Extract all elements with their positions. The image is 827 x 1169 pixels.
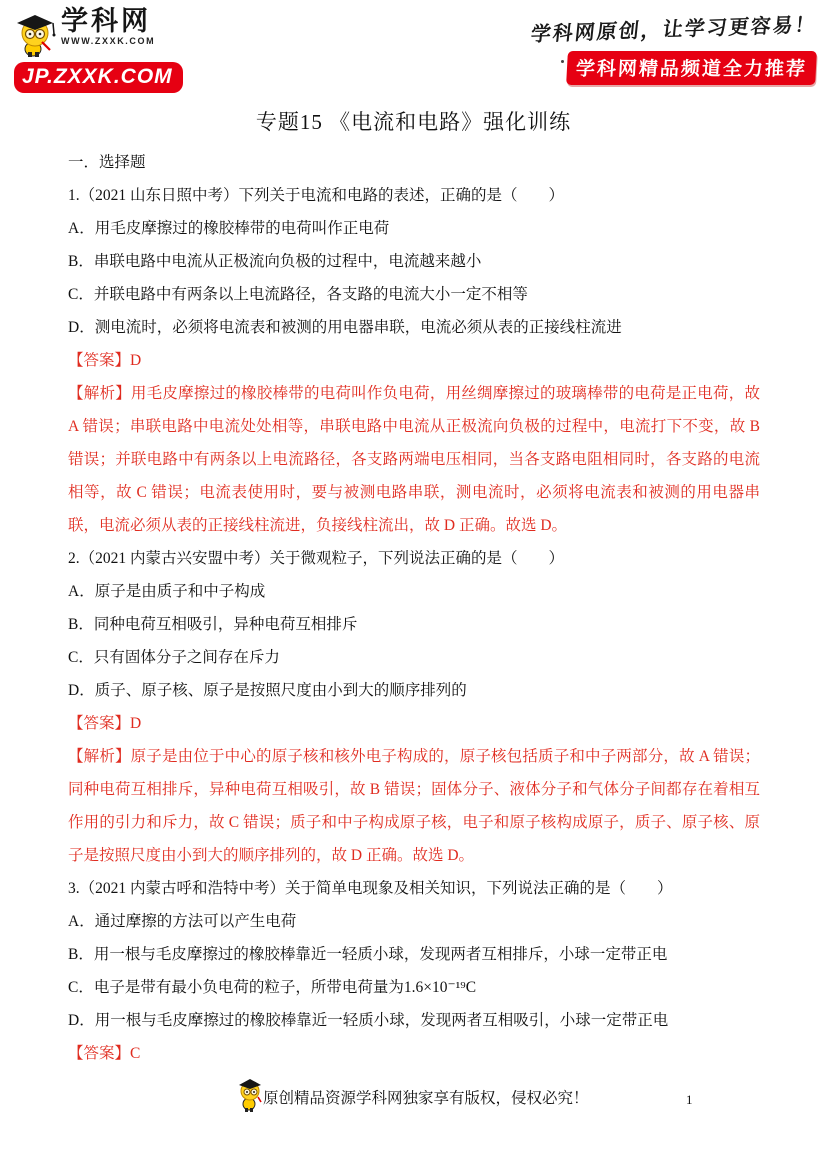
page-number: 1: [686, 1092, 693, 1108]
document-page: 学科网 WWW.ZXXK.COM JP.ZXXK.COM 学科网原创，让学习更容…: [0, 0, 827, 1169]
xkw-mascot-icon: [13, 7, 59, 57]
answer-line: 【答案】D: [68, 344, 760, 377]
footer-mascot-icon: [238, 1075, 262, 1113]
option-c: C．电子是带有最小负电荷的粒子，所带电荷量为1.6×10⁻¹⁹C: [68, 971, 760, 1004]
question-stem: 1.（2021 山东日照中考）下列关于电流和电路的表述，正确的是（ ）: [68, 179, 760, 212]
question-stem: 2.（2021 内蒙古兴安盟中考）关于微观粒子，下列说法正确的是（ ）: [68, 542, 760, 575]
option-a: A．原子是由质子和中子构成: [68, 575, 760, 608]
option-d: D．用一根与毛皮摩擦过的橡胶棒靠近一轻质小球，发现两者互相吸引，小球一定带正电: [68, 1004, 760, 1037]
site-url: WWW.ZXXK.COM: [61, 36, 155, 46]
option-d: D．质子、原子核、原子是按照尺度由小到大的顺序排列的: [68, 674, 760, 707]
page-title: 专题15 《电流和电路》强化训练: [0, 106, 827, 136]
option-a: A．用毛皮摩擦过的橡胶棒带的电荷叫作正电荷: [68, 212, 760, 245]
site-name: 学科网: [61, 7, 155, 35]
question-stem: 3.（2021 内蒙古呼和浩特中考）关于简单电现象及相关知识，下列说法正确的是（…: [68, 872, 760, 905]
document-content: 一．选择题 1.（2021 山东日照中考）下列关于电流和电路的表述，正确的是（ …: [68, 146, 760, 1070]
question-2: 2.（2021 内蒙古兴安盟中考）关于微观粒子，下列说法正确的是（ ） A．原子…: [68, 542, 760, 872]
premium-channel-badge: 学科网精品频道全力推荐: [566, 51, 817, 85]
option-c: C．并联电路中有两条以上电流路径，各支路的电流大小一定不相等: [68, 278, 760, 311]
option-b: B．同种电荷互相吸引，异种电荷互相排斥: [68, 608, 760, 641]
slogan-text: 学科网原创，让学习更容易！: [530, 8, 819, 47]
option-b: B．用一根与毛皮摩擦过的橡胶棒靠近一轻质小球，发现两者互相排斥，小球一定带正电: [68, 938, 760, 971]
option-a: A．通过摩擦的方法可以产生电荷: [68, 905, 760, 938]
question-1: 1.（2021 山东日照中考）下列关于电流和电路的表述，正确的是（ ） A．用毛…: [68, 179, 760, 542]
option-d: D．测电流时，必须将电流表和被测的用电器串联，电流必须从表的正接线柱流进: [68, 311, 760, 344]
analysis-text: 【解析】用毛皮摩擦过的橡胶棒带的电荷叫作负电荷，用丝绸摩擦过的玻璃棒带的电荷是正…: [68, 377, 760, 542]
zxxk-logo: 学科网 WWW.ZXXK.COM JP.ZXXK.COM: [13, 7, 183, 93]
answer-line: 【答案】D: [68, 707, 760, 740]
question-3: 3.（2021 内蒙古呼和浩特中考）关于简单电现象及相关知识，下列说法正确的是（…: [68, 872, 760, 1070]
copyright-notice: 原创精品资源学科网独家享有版权，侵权必究！: [263, 1086, 589, 1108]
header-right: 学科网原创，让学习更容易！ 学科网精品频道全力推荐: [531, 13, 817, 85]
option-b: B．串联电路中电流从正极流向负极的过程中，电流越来越小: [68, 245, 760, 278]
analysis-text: 【解析】原子是由位于中心的原子核和核外电子构成的，原子核包括质子和中子两部分，故…: [68, 740, 760, 872]
section-heading: 一．选择题: [68, 146, 760, 179]
stray-dot: [561, 60, 564, 63]
answer-line: 【答案】C: [68, 1037, 760, 1070]
option-c: C．只有固体分子之间存在斥力: [68, 641, 760, 674]
jp-zxxk-badge: JP.ZXXK.COM: [14, 62, 183, 93]
